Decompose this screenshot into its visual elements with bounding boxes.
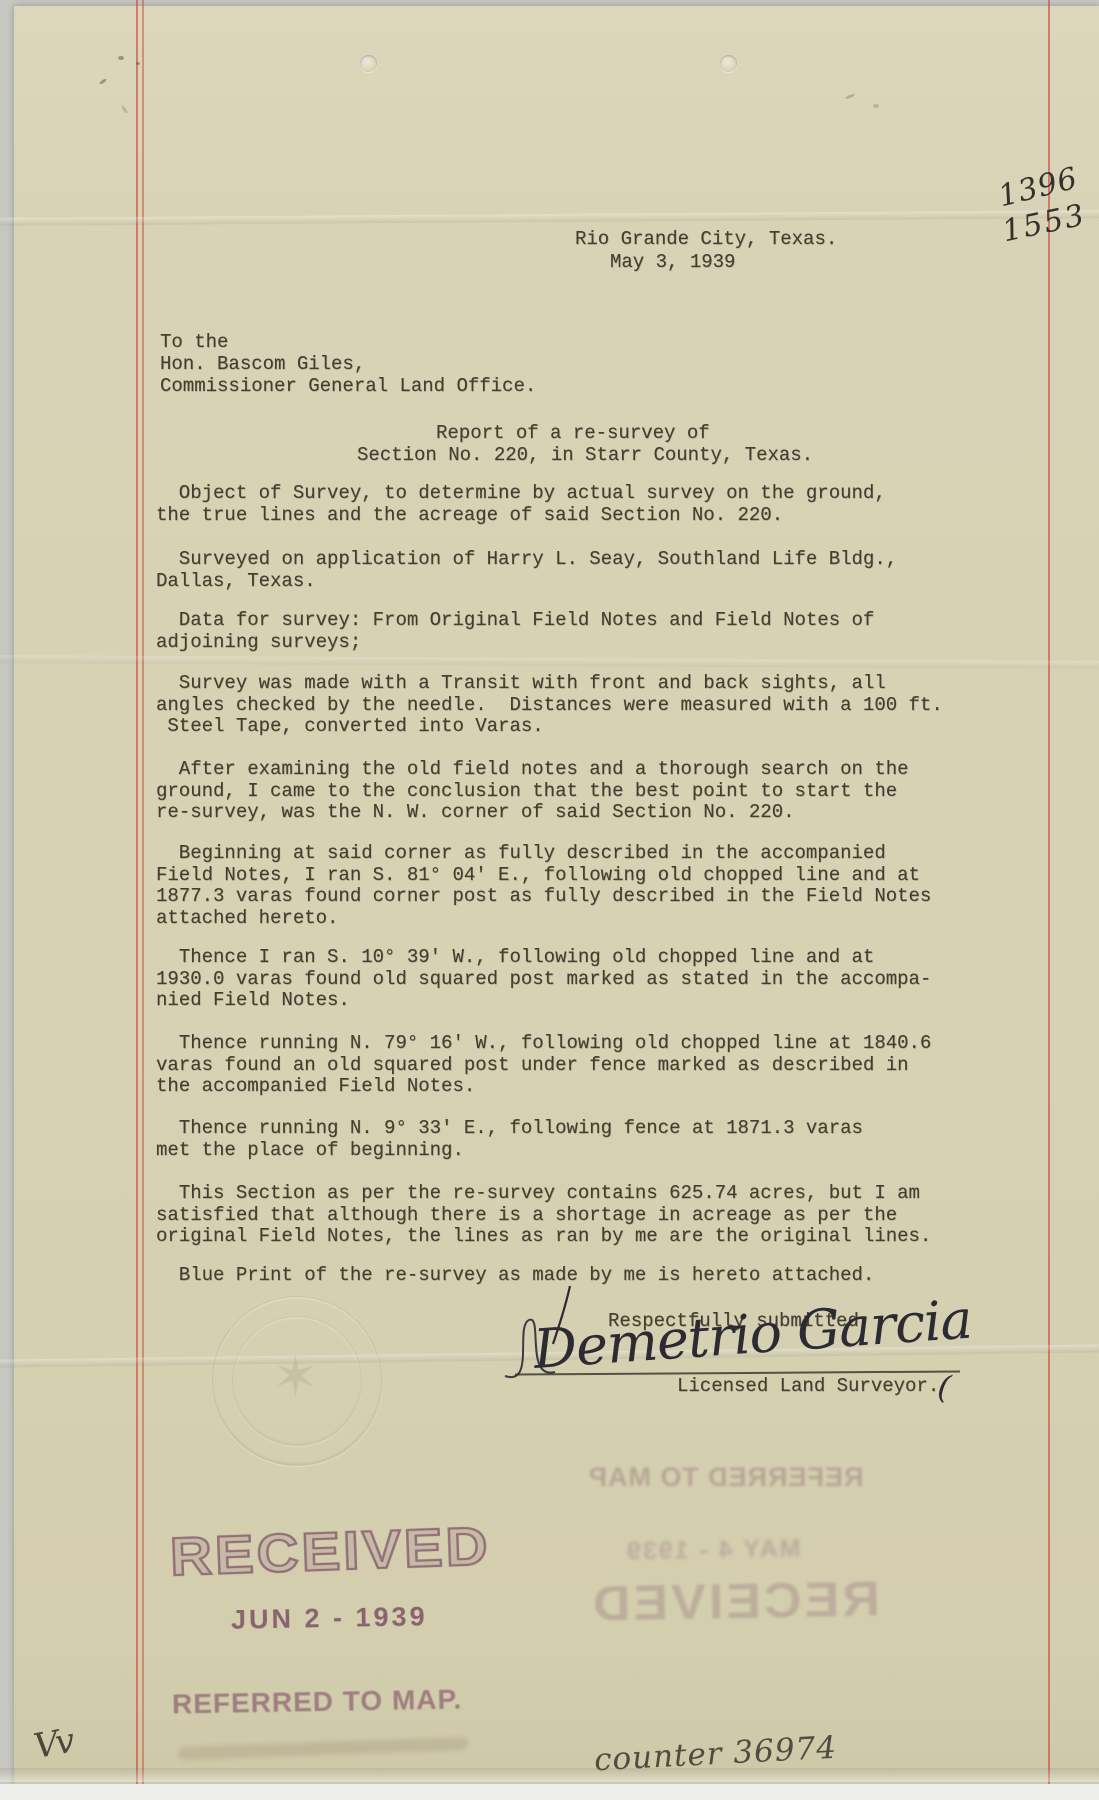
paragraph-beginning: Beginning at said corner as fully descri… [156,843,931,929]
paragraph-application: Surveyed on application of Harry L. Seay… [156,549,897,592]
left-margin-line-outer [136,0,138,1800]
referred-to-map-stamp: REFERRED TO MAP. [172,1683,463,1720]
paragraph-thence-2: Thence running N. 79° 16' W., following … [156,1033,931,1098]
dateline-date: May 3, 1939 [610,252,735,274]
report-heading-line1: Report of a re-survey of [436,423,710,445]
pencil-smudge [136,62,140,65]
paragraph-acreage: This Section as per the re-survey contai… [156,1183,931,1248]
addressee-block: To the Hon. Bascom Giles, Commissioner G… [160,331,536,397]
paragraph-examining: After examining the old field notes and … [156,759,909,824]
bleedthrough-received-stamp: RECEIVED [590,1571,881,1633]
pencil-smudge [118,56,124,60]
received-stamp: RECEIVED [169,1515,491,1588]
dateline-place: Rio Grande City, Texas. [575,229,837,251]
signature-name: Demetrio Garcia [531,1288,974,1382]
paragraph-thence-3: Thence running N. 9° 33' E., following f… [156,1118,863,1161]
right-margin-line [1048,0,1050,1800]
paragraph-data: Data for survey: From Original Field Not… [156,610,874,653]
pencil-smudge [873,104,879,108]
closing-title: Licensed Land Surveyor. [677,1376,939,1398]
left-margin-line-inner [142,0,144,1800]
paragraph-object: Object of Survey, to determine by actual… [156,483,886,526]
punch-hole-right [720,55,737,72]
embossed-seal-star: ✶ [272,1344,319,1410]
bleedthrough-referred-stamp: REFERRED TO MAP [588,1462,864,1493]
scanned-document: 1396 1553 Rio Grande City, Texas. May 3,… [0,0,1099,1800]
punch-hole-left [360,55,377,72]
paragraph-thence-1: Thence I ran S. 10° 39' W., following ol… [156,947,931,1012]
bleedthrough-date-stamp: MAY 4 - 1939 [625,1534,801,1566]
report-heading-line2: Section No. 220, in Starr County, Texas. [357,445,813,467]
scanner-background [0,1784,1099,1800]
paper-bottom-curl [0,1768,1099,1782]
corner-check-marks: Vv [31,1721,75,1767]
received-date-stamp: JUN 2 - 1939 [231,1601,428,1635]
paragraph-transit: Survey was made with a Transit with fron… [156,673,943,738]
